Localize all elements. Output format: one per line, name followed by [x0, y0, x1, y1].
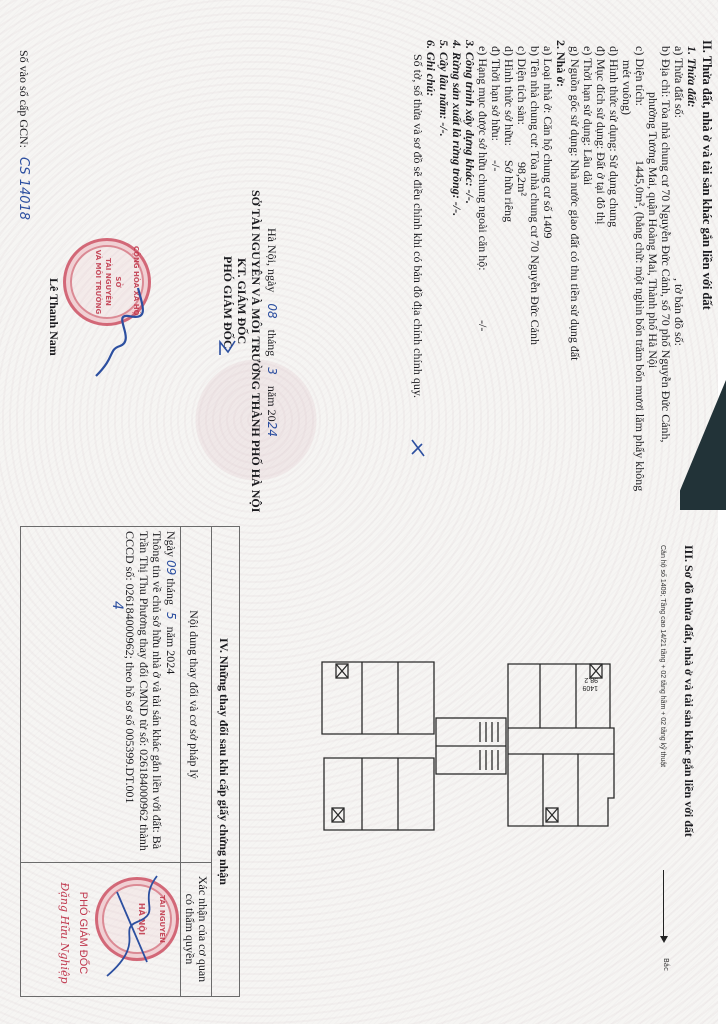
issue-month: 3	[265, 367, 279, 375]
initial-mark-icon	[216, 338, 238, 358]
svg-text:1409: 1409	[582, 684, 598, 691]
confirm-position: PHÓ GIÁM ĐỐC	[77, 873, 89, 993]
change-entry: Ngày 09 tháng 5 năm 2024 Thông tin về ch…	[110, 531, 178, 861]
floor-plan-diagram: 1409 98.2	[318, 658, 618, 834]
registry-number: Số vào sổ cấp GCN: CS 14018	[17, 50, 31, 220]
house-heading: 2. Nhà ở:	[554, 40, 568, 87]
floor-area-label: c) Diện tích sàn:	[515, 46, 529, 125]
section2-heading: II. Thửa đất, nhà ở và tài sản khác gắn …	[699, 40, 714, 310]
handwritten-mark-icon	[408, 438, 428, 460]
col-confirmation-header: Xác nhận của cơ quan có thẩm quyền	[183, 862, 209, 996]
perennial-trees: 5. Cây lâu năm: -/-.	[437, 40, 451, 137]
registry-label: Số vào sổ cấp GCN:	[17, 50, 31, 148]
address-line2: phường Tương Mai, quận Hoàng Mai, Thành …	[646, 92, 660, 368]
use-purpose: đ) Mục đích sử dụng: Đất ở tại đô thị	[594, 46, 608, 225]
signature-icon	[86, 280, 156, 390]
issue-year-label: năm 20	[265, 386, 279, 422]
signer-position: PHÓ GIÁM ĐỐC	[220, 256, 235, 349]
issue-year-suffix: 24	[265, 422, 279, 437]
ownership-form-value: Sở hữu riêng	[502, 160, 516, 222]
issuing-agency: SỞ TÀI NGUYÊN VÀ MÔI TRƯỜNG THÀNH PHỐ HÀ…	[248, 190, 263, 512]
issue-month-label: tháng	[265, 330, 279, 357]
certificate-page: II. Thửa đất, nhà ở và tài sản khác gắn …	[0, 0, 726, 1024]
use-form: d) Hình thức sử dụng: Sử dụng chung	[607, 46, 621, 227]
confirmation-signature-icon	[97, 872, 167, 982]
north-label: Bắc	[662, 958, 670, 971]
common-items-label: e) Hạng mục được sở hữu chung ngoài căn …	[476, 46, 490, 271]
on-behalf-of: KT. GIÁM ĐỐC	[234, 258, 249, 344]
change-initial: 4	[110, 601, 124, 861]
parcel-number: a) Thửa đất số:	[672, 46, 686, 118]
ownership-form-label: d) Hình thức sở hữu:	[502, 46, 516, 146]
notes-heading: 6. Ghi chú:	[424, 40, 438, 96]
house-type: a) Loại nhà ở: Căn hộ chung cư số 1409	[541, 46, 555, 238]
area-value-cont: mét vuông)	[620, 60, 634, 115]
col-changes-header: Nội dung thay đổi và cơ sở pháp lý	[186, 527, 201, 862]
issue-day: 08	[265, 303, 279, 318]
use-term: e) Thời hạn sử dụng: Lâu dài	[581, 46, 595, 185]
common-items-value: -/-	[476, 320, 490, 331]
dark-background-wedge	[680, 380, 726, 510]
change-date: Ngày 09 tháng 5 năm 2024	[164, 531, 178, 861]
area-label: c) Diện tích:	[633, 46, 647, 106]
floor-plan-caption: Căn hộ số 1409; Tầng cao 14/21 tầng + 02…	[659, 545, 666, 767]
north-arrow-icon	[660, 936, 668, 943]
svg-text:98.2: 98.2	[584, 676, 598, 683]
use-origin: g) Nguồn gốc sử dụng: Nhà nước giao đất …	[568, 46, 582, 360]
land-heading: 1. Thửa đất:	[685, 46, 699, 108]
map-sheet-number: , tờ bản đồ số:	[672, 278, 686, 346]
changes-table: IV. Những thay đổi sau khi cấp giấy chứn…	[20, 526, 240, 997]
building-name: b) Tên nhà chung cư: Tòa nhà chung cư 70…	[528, 46, 542, 345]
section3-heading: III. Sơ đồ thửa đất, nhà ở và tài sản kh…	[681, 545, 696, 837]
change-text: Thông tin về chủ sở hữu nhà ở và tài sản…	[123, 531, 164, 861]
ownership-term-value: -/-	[489, 160, 503, 171]
page-edge	[718, 0, 726, 1024]
area-value: 1445,0m², (bằng chữ: một nghìn bốn trăm …	[633, 160, 647, 491]
planted-forest: 4. Rừng sản xuất là rừng trồng: -/-.	[450, 40, 464, 216]
floor-area-value: 98,2m²	[515, 162, 529, 196]
issue-date: Hà Nội, ngày 08 tháng 3 năm 2024	[265, 228, 279, 437]
address-line1: b) Địa chỉ: Tòa nhà chung cư 70 Nguyễn Đ…	[659, 46, 673, 443]
notes-text: Số tờ, số thửa và sơ đồ sẽ điều chỉnh kh…	[411, 54, 425, 398]
confirm-signer: Đặng Hữu Nghiệp	[58, 873, 71, 993]
issue-date-prefix: Hà Nội, ngày	[265, 228, 279, 292]
change-day: 09	[164, 560, 178, 575]
section4-heading: IV. Những thay đổi sau khi cấp giấy chứn…	[216, 527, 231, 996]
other-construction: 3. Công trình xây dựng khác: -/-.	[463, 40, 477, 204]
ownership-term-label: đ) Thời hạn sở hữu:	[489, 46, 503, 141]
north-arrow-line	[663, 870, 664, 940]
signer-name: Lê Thanh Nam	[46, 278, 61, 356]
registry-value: CS 14018	[16, 157, 31, 220]
change-month: 5	[164, 612, 178, 620]
